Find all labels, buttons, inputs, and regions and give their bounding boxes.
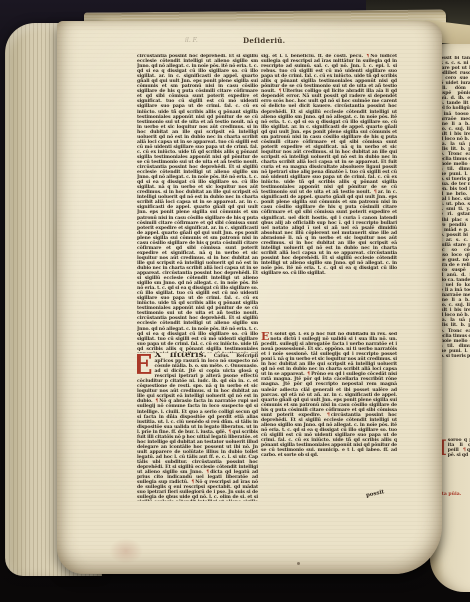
- pilcrow-mark: ¶: [154, 399, 159, 404]
- book-page: Deſideriū. il. F. circūstantia possint h…: [57, 21, 442, 574]
- right-block-2-body: t solut qd. l. ex p hoc fuit nō dubitādū…: [261, 332, 397, 458]
- pilcrow-mark: ¶: [278, 89, 283, 94]
- right-text-block-1: sig. et l. l. beneficiū. ff. de cōsti. p…: [261, 54, 397, 332]
- red-drop-initial-e: E: [137, 354, 152, 377]
- pilcrow-mark: ¶: [190, 480, 195, 485]
- left-text-block: circūstantia possint hoc deprehēdi. Et s…: [137, 54, 258, 353]
- photo-frame: possit bi tande lit ar. s. c. s. ni ciui…: [0, 0, 470, 602]
- section-body: nā q in uerbo et sic loquitur nos aūt cr…: [137, 384, 258, 501]
- next-page-tail-text: sorōo q pō qd ita li q. on peill ¶qd oīa…: [448, 438, 470, 458]
- pilcrow-mark: ¶: [462, 448, 467, 453]
- pilcrow-mark: ¶: [326, 413, 331, 418]
- text-column-left: circūstantia possint hoc deprehēdi. Et s…: [137, 54, 258, 502]
- pilcrow-mark: ¶: [306, 372, 311, 377]
- pilcrow-mark: ¶: [205, 470, 210, 475]
- running-header: Deſideriū.: [243, 36, 285, 45]
- text-column-right: sig. et l. l. beneficiū. ff. de cōsti. p…: [261, 54, 397, 498]
- pilcrow-mark: ¶: [373, 190, 378, 195]
- paper-stain: [109, 538, 143, 564]
- section-paragraph: EX litteris. Caſus. Reſcripſi apl'icos p…: [137, 353, 258, 501]
- marginalia-note: il. F.: [185, 37, 198, 44]
- pilcrow-mark: ¶: [365, 54, 370, 59]
- right-text-block-2: Et solut qd. l. ex p hoc fuit nō dubitād…: [261, 332, 397, 498]
- pilcrow-mark: ¶: [227, 430, 232, 435]
- ink-speck: [297, 562, 300, 565]
- red-small-initial: E: [261, 332, 269, 342]
